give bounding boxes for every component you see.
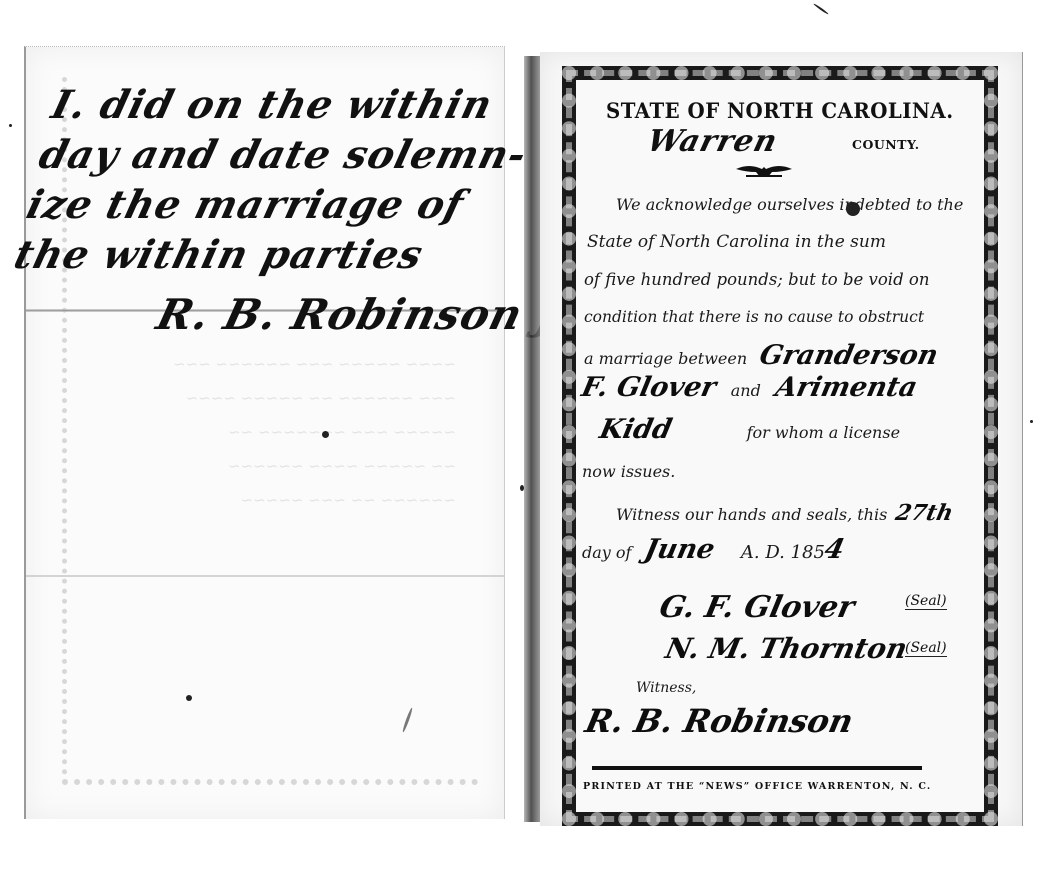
- seal-label: (Seal): [905, 593, 947, 610]
- scan-speck: [9, 124, 12, 127]
- body-line-6: F. Glover and Arimenta: [582, 372, 917, 403]
- body-line-3: of five hundred pounds; but to be void o…: [584, 270, 929, 289]
- date-line: day of June A. D. 1854: [582, 534, 844, 565]
- groom-first-name: Granderson: [757, 340, 941, 371]
- county-label: COUNTY.: [852, 137, 920, 152]
- witness-label: Witness,: [636, 680, 696, 696]
- scan-speck: [813, 3, 829, 15]
- bride-first-name: Arimenta: [773, 372, 920, 403]
- binding-spine: [524, 56, 540, 822]
- scan-speck: [1030, 420, 1033, 423]
- signature-row: N. M. Thornton: [666, 632, 907, 665]
- endorsement-line: the within parties: [9, 230, 461, 280]
- body-line-2: State of North Carolina in the sum: [587, 232, 886, 252]
- scan-speck: [186, 695, 192, 701]
- body-line-5: a marriage between Granderson: [584, 340, 938, 371]
- endorsement-line: I. did on the within: [46, 80, 498, 130]
- bond-month: June: [641, 534, 717, 565]
- and-label: and: [731, 381, 761, 400]
- seal-label: (Seal): [905, 640, 947, 657]
- day-of-label: day of: [582, 543, 631, 562]
- signature-row: G. F. Glover: [660, 590, 854, 625]
- body-line-7: Kidd for whom a license: [600, 414, 900, 445]
- county-name-handwritten: Warren: [644, 124, 782, 159]
- witness-clause: Witness our hands and seals, this 27th: [616, 500, 953, 526]
- bond-day: 27th: [894, 500, 956, 526]
- witness-signature-row: R. B. Robinson: [586, 702, 853, 740]
- endorsement-line: day and date solemn-: [34, 130, 486, 180]
- body-line-1: We acknowledge ourselves indebted to the: [616, 195, 963, 214]
- license-clause: for whom a license: [747, 423, 900, 442]
- body-line-4: condition that there is no cause to obst…: [584, 308, 924, 326]
- form-title: STATE OF NORTH CAROLINA.: [606, 98, 954, 123]
- printer-imprint: PRINTED AT THE “NEWS” OFFICE WARRENTON, …: [583, 781, 931, 792]
- footer-rule: [592, 766, 922, 770]
- scan-speck: [322, 431, 329, 438]
- bond-year-digit: 4: [822, 534, 847, 565]
- surety-signature: N. M. Thornton: [662, 632, 910, 665]
- principal-signature: G. F. Glover: [656, 590, 857, 625]
- body-line-8: now issues.: [582, 462, 675, 481]
- marriage-endorsement-text: I. did on the within day and date solemn…: [9, 80, 499, 280]
- marriage-between-label: a marriage between: [584, 349, 747, 368]
- witness-signature: R. B. Robinson: [582, 702, 857, 740]
- anno-domini-label: A. D. 185: [741, 542, 825, 563]
- eagle-icon: [734, 163, 794, 181]
- ink-blot: [846, 202, 860, 216]
- witness-clause-text: Witness our hands and seals, this: [616, 505, 887, 524]
- paper-fold-line: [26, 575, 504, 577]
- bride-last-name: Kidd: [597, 414, 675, 445]
- groom-last-name: F. Glover: [579, 372, 719, 403]
- bleed-through-text: ~~~~ ~~~~~ ~~~ ~~~~~~ ~~~~~~ ~~~~~~ ~~ ~…: [96, 347, 456, 517]
- endorsement-line: ize the marriage of: [22, 180, 474, 230]
